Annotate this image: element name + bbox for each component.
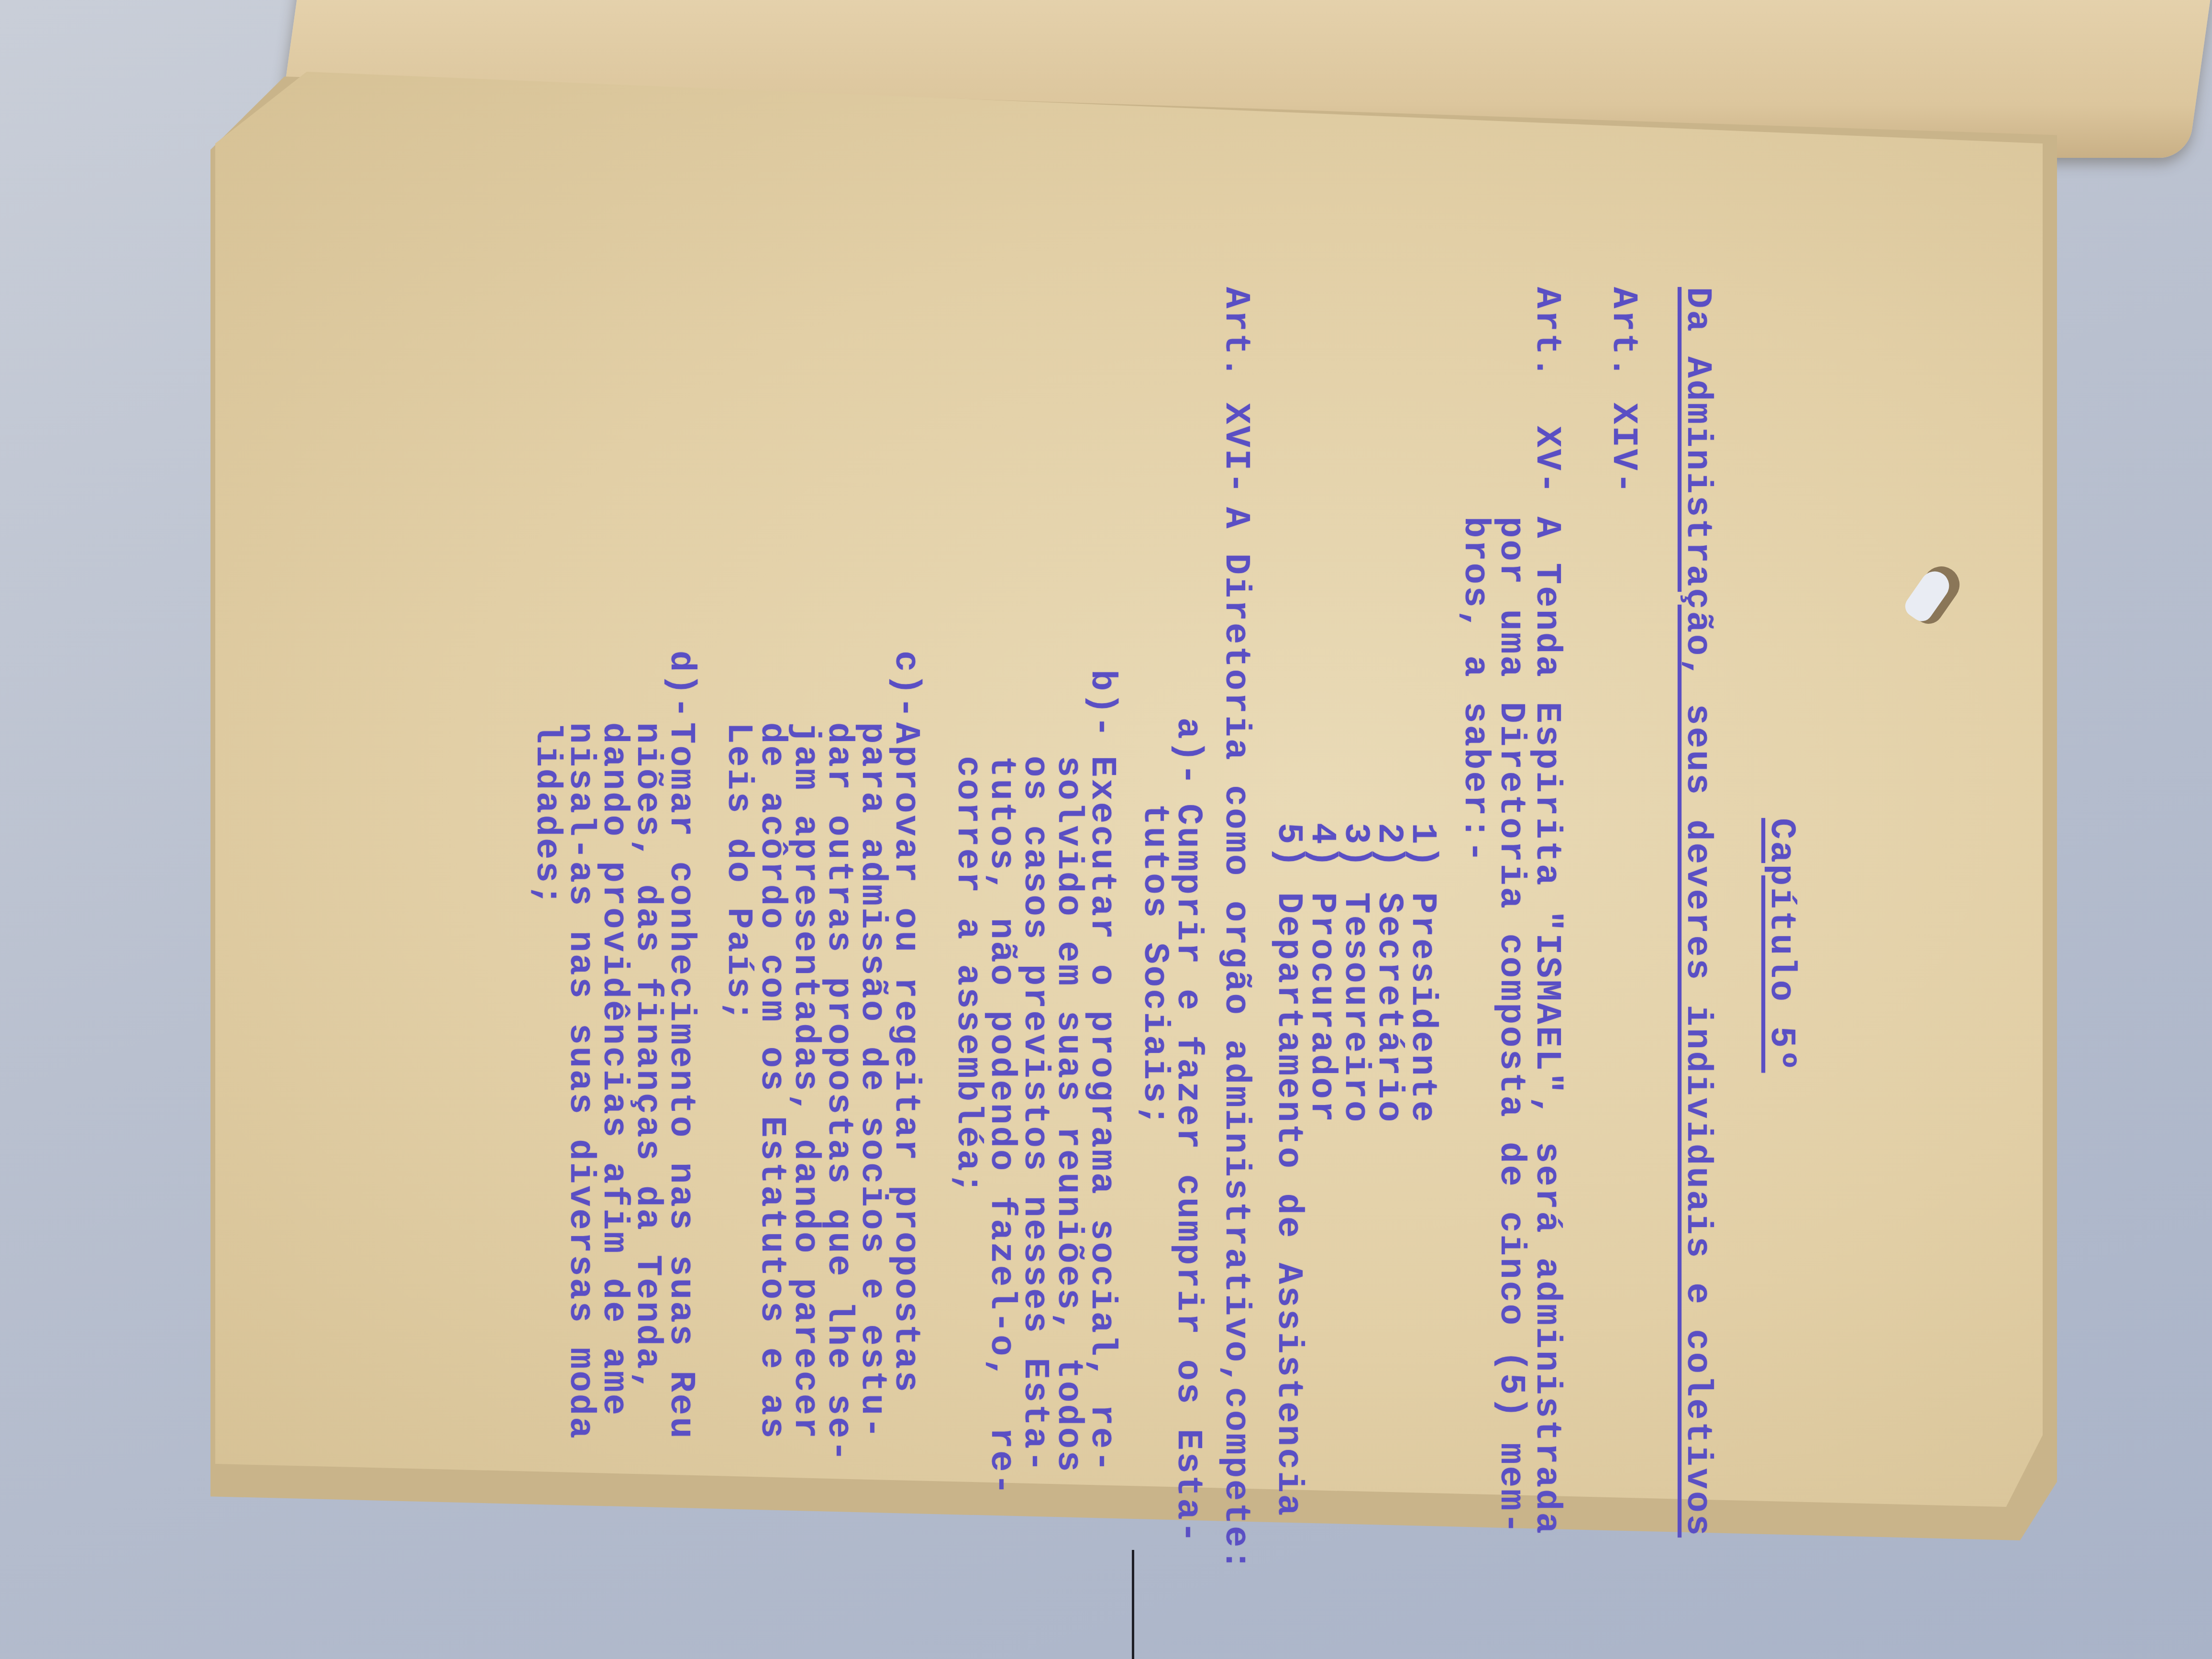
- article-text: A Tenda Espirita "ISMAEL", será administ…: [1529, 517, 1564, 1536]
- list-item: 1) Presidente: [1405, 823, 1440, 1124]
- item-key: d)-: [663, 651, 698, 720]
- item-text: jam apresentadas, dando parecer: [787, 722, 823, 1440]
- item-text: dando providências afim de ame: [596, 722, 631, 1417]
- list-item: 4) Procurador: [1304, 823, 1339, 1124]
- item-text: nisal-as nas suas diversas moda: [563, 722, 598, 1440]
- item-text: Tomar conhecimento nas suas Reu: [663, 722, 698, 1440]
- article-label: Art. XV-: [1529, 287, 1564, 496]
- section-title: Da Administração, seus deveres individua…: [1680, 287, 1715, 1537]
- item-text: Aprovar ou regeitar propostas: [888, 722, 923, 1394]
- item-text: Executar o programa social, re-: [1084, 756, 1119, 1474]
- item-text: dar outras propostas que lhe se-: [821, 722, 856, 1463]
- item-text: tutos Sociais;: [1137, 804, 1172, 1128]
- item-text: solvido em suas reuniões, todos: [1051, 756, 1086, 1474]
- article-label: Art. XIV-: [1605, 287, 1641, 496]
- item-text: niões, das finanças da Tenda,: [630, 722, 665, 1394]
- item-text: correr a assembléa;: [950, 756, 985, 1196]
- article-text: A Diretoria como orgão administrativo,co…: [1218, 507, 1253, 1572]
- typewritten-text: Capítulo 5º Da Administração, seus dever…: [364, 287, 1799, 1435]
- article-text: por uma Diretoria composta de cinco (5) …: [1493, 517, 1528, 1536]
- item-text: os casos previstos nesses Esta-: [1017, 756, 1052, 1474]
- list-item: 3) Tesoureiro: [1338, 823, 1373, 1124]
- item-key: a)-: [1170, 718, 1206, 787]
- chapter-title: Capítulo 5º: [1763, 818, 1799, 1073]
- item-text: de acôrdo com os Estatutos e as: [754, 722, 789, 1440]
- article-text: bros, a saber:-: [1457, 517, 1493, 864]
- item-text: tutos, não podendo fazel-o, re-: [984, 756, 1019, 1497]
- item-text: para admissão de socios e estu-: [854, 722, 890, 1440]
- item-key: c)-: [888, 651, 923, 720]
- item-key: b)-: [1084, 670, 1119, 739]
- list-item: 2) Secretário: [1371, 823, 1406, 1124]
- item-text: Leis do País;: [720, 722, 756, 1023]
- item-text: lidades;: [529, 722, 564, 907]
- marker-line: [1132, 1550, 1134, 1659]
- list-item: 5) Departamento de Assistencia: [1271, 823, 1306, 1517]
- item-text: Cumprir e fazer cumprir os Esta-: [1170, 804, 1206, 1545]
- article-label: Art. XVI-: [1218, 287, 1253, 496]
